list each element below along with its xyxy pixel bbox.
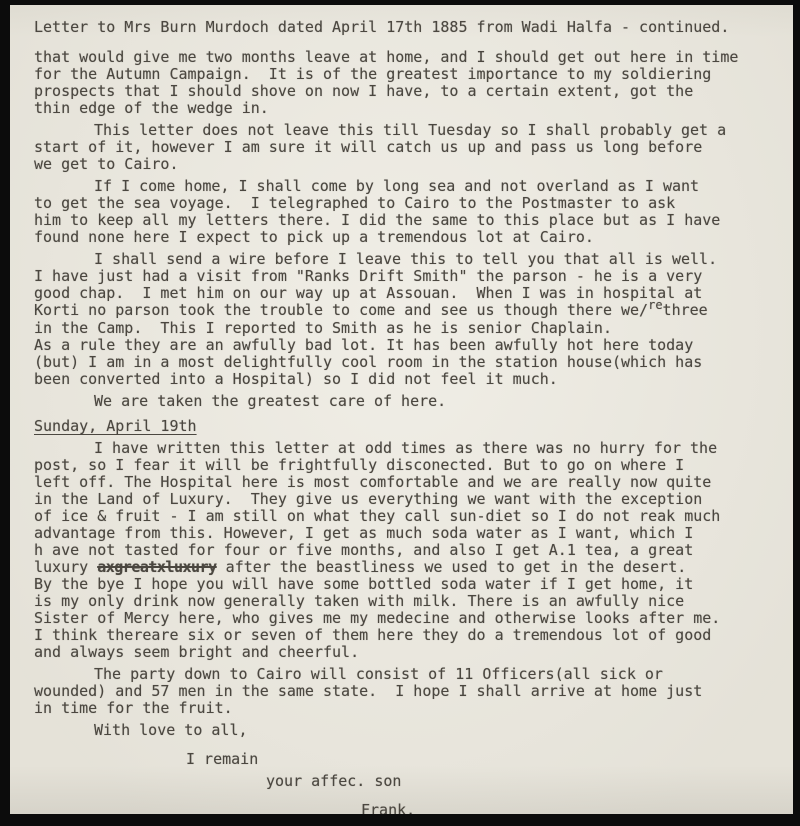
letter-paragraph: I have written this letter at odd times … bbox=[34, 440, 757, 661]
scanned-letter-page: Letter to Mrs Burn Murdoch dated April 1… bbox=[0, 0, 800, 826]
letter-paragraph: With love to all, bbox=[34, 722, 757, 739]
letter-date-heading: Sunday, April 19th bbox=[34, 418, 757, 435]
letter-text: I shall send a wire before I leave this … bbox=[34, 250, 717, 319]
inserted-correction: re bbox=[648, 298, 662, 312]
letter-text: We are taken the greatest care of here. bbox=[94, 392, 446, 410]
letter-paragraph: This letter does not leave this till Tue… bbox=[34, 122, 757, 173]
letter-text: Frank. bbox=[361, 801, 415, 819]
letter-paragraph: We are taken the greatest care of here. bbox=[34, 393, 757, 410]
signature-line: your affec. son bbox=[266, 773, 757, 790]
letter-text: I have written this letter at odd times … bbox=[34, 439, 720, 576]
letter-paragraph: The party down to Cairo will consist of … bbox=[34, 666, 757, 717]
signature-name: Frank. bbox=[361, 802, 757, 819]
letter-text: your affec. son bbox=[266, 772, 401, 790]
letter-text: that would give me two months leave at h… bbox=[34, 48, 738, 117]
letter-text: I remain bbox=[186, 750, 258, 768]
letter-text: If I come home, I shall come by long sea… bbox=[34, 177, 720, 246]
letter-body: that would give me two months leave at h… bbox=[34, 49, 757, 819]
letter-paper: Letter to Mrs Burn Murdoch dated April 1… bbox=[10, 5, 793, 814]
letter-paragraph: If I come home, I shall come by long sea… bbox=[34, 178, 757, 246]
struck-out-text: axgreatxluxury bbox=[97, 558, 216, 576]
signature-line: I remain bbox=[186, 751, 757, 768]
letter-text: The party down to Cairo will consist of … bbox=[34, 665, 702, 717]
letter-title: Letter to Mrs Burn Murdoch dated April 1… bbox=[34, 19, 757, 36]
letter-text: With love to all, bbox=[94, 721, 248, 739]
letter-paragraph: I shall send a wire before I leave this … bbox=[34, 251, 757, 388]
letter-text: This letter does not leave this till Tue… bbox=[34, 121, 726, 173]
letter-text: Sunday, April 19th bbox=[34, 417, 197, 435]
letter-paragraph: that would give me two months leave at h… bbox=[34, 49, 757, 117]
